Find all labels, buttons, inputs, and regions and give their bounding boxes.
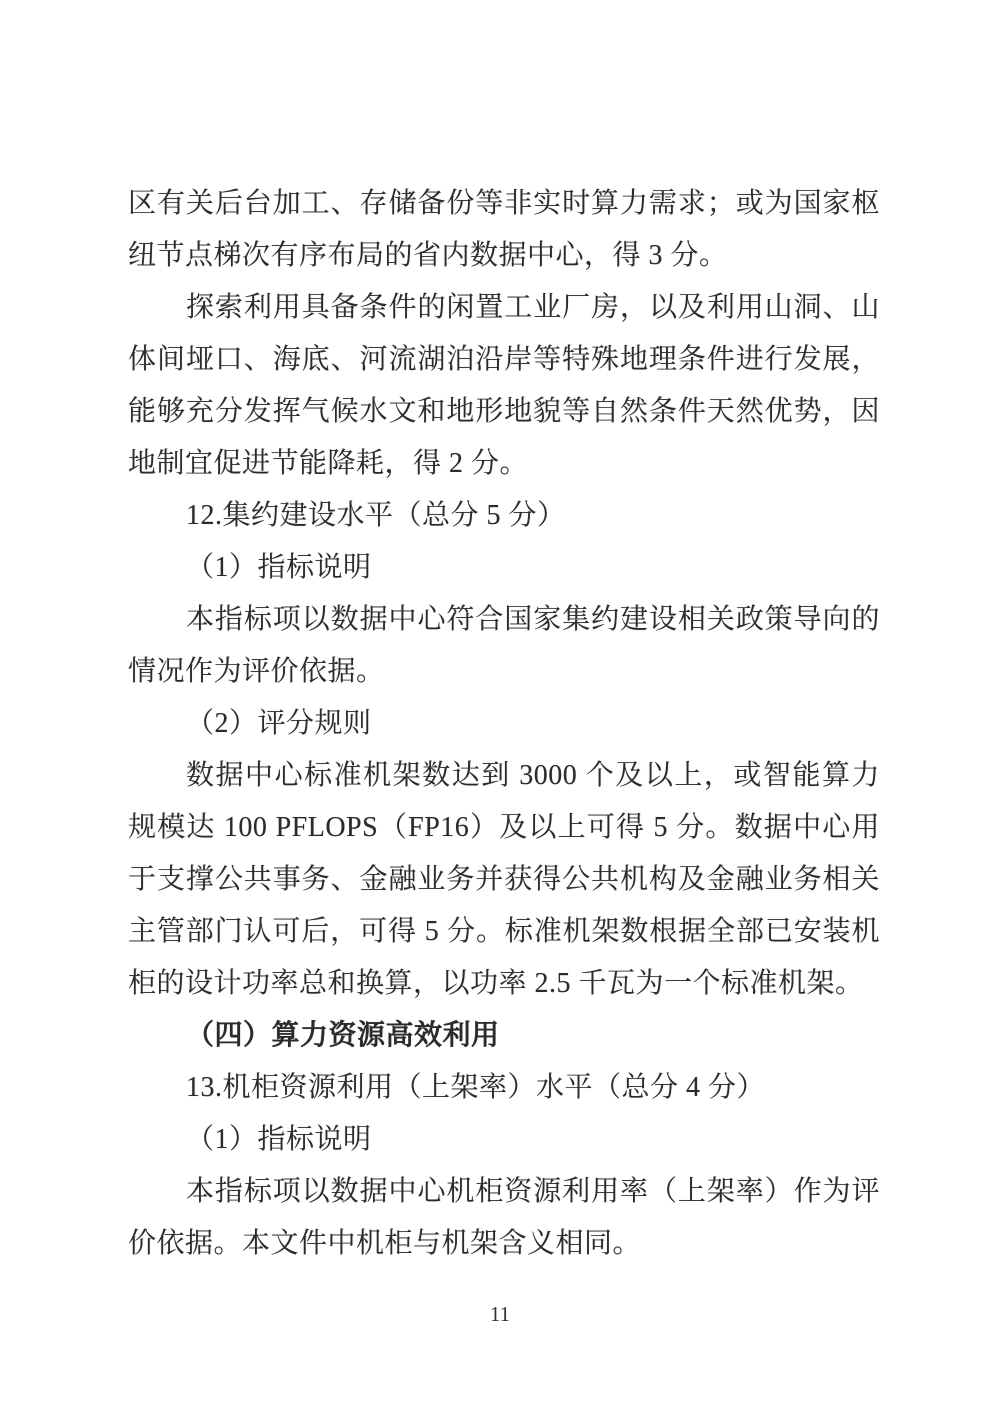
paragraph-5-paragraph: 本指标项以数据中心符合国家集约建设相关政策导向的情况作为评价依据。 — [128, 594, 880, 698]
paragraph-6-subheading: （2）评分规则 — [128, 698, 880, 750]
document-body: 区有关后台加工、存储备份等非实时算力需求；或为国家枢纽节点梯次有序布局的省内数据… — [128, 178, 880, 1270]
paragraph-4-subheading: （1）指标说明 — [128, 542, 880, 594]
paragraph-7-paragraph: 数据中心标准机架数达到 3000 个及以上，或智能算力规模达 100 PFLOP… — [128, 750, 880, 1010]
paragraph-8-section-heading: （四）算力资源高效利用 — [128, 1010, 880, 1062]
paragraph-10-subheading: （1）指标说明 — [128, 1114, 880, 1166]
paragraph-3-heading: 12.集约建设水平（总分 5 分） — [128, 490, 880, 542]
paragraph-11-paragraph: 本指标项以数据中心机柜资源利用率（上架率）作为评价依据。本文件中机柜与机架含义相… — [128, 1166, 880, 1270]
paragraph-9-heading: 13.机柜资源利用（上架率）水平（总分 4 分） — [128, 1062, 880, 1114]
paragraph-1-continuation: 区有关后台加工、存储备份等非实时算力需求；或为国家枢纽节点梯次有序布局的省内数据… — [128, 178, 880, 282]
page-number: 11 — [0, 1302, 1000, 1327]
document-page: 区有关后台加工、存储备份等非实时算力需求；或为国家枢纽节点梯次有序布局的省内数据… — [0, 0, 1000, 1414]
paragraph-2-paragraph: 探索利用具备条件的闲置工业厂房，以及利用山洞、山体间垭口、海底、河流湖泊沿岸等特… — [128, 282, 880, 490]
